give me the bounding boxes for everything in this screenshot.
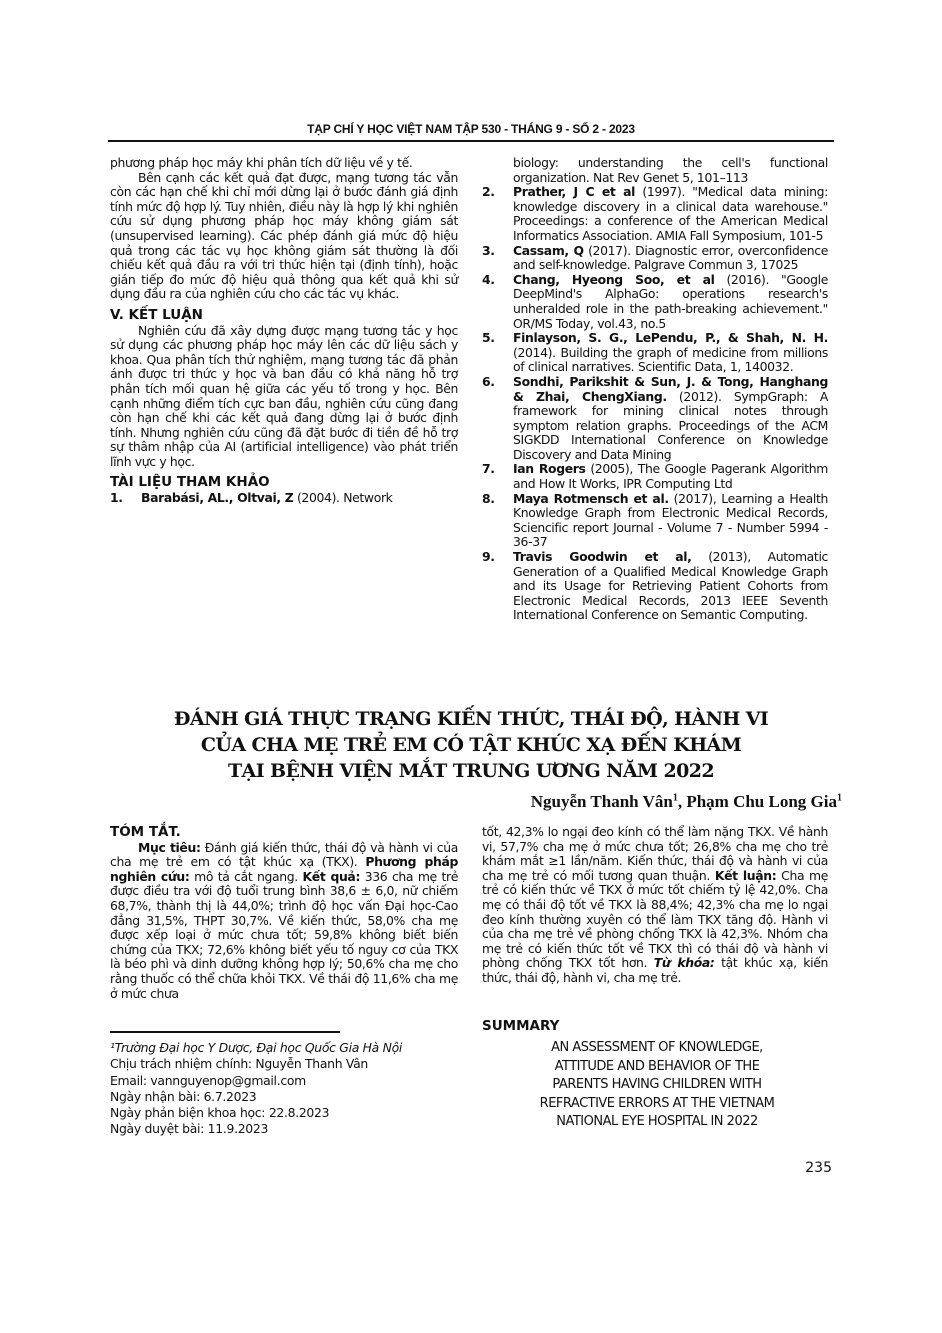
- author-affiliation-mark: 1: [837, 792, 842, 803]
- reference-author: Maya Rotmensch et al.: [513, 491, 669, 506]
- reference-number: 9.: [482, 550, 495, 565]
- reference-list: 2.Prather, J C et al (1997). "Medical da…: [482, 185, 828, 623]
- continuation-text: phương pháp học máy khi phân tích dữ liệ…: [110, 156, 458, 171]
- summary-title-line: REFRACTIVE ERRORS AT THE VIETNAM: [482, 1095, 832, 1114]
- abstract-paragraph: Mục tiêu: Đánh giá kiến thức, thái độ và…: [110, 841, 458, 1002]
- summary-title-line: ATTITUDE AND BEHAVIOR OF THE: [482, 1058, 832, 1077]
- reference-number: 6.: [482, 375, 495, 390]
- reference-item: 9.Travis Goodwin et al, (2013), Automati…: [482, 550, 828, 623]
- reference-number: 1.: [110, 491, 123, 506]
- article-title-line: TẠI BỆNH VIỆN MẮT TRUNG ƯƠNG NĂM 2022: [130, 758, 812, 784]
- reference-item: 4.Chang, Hyeong Soo, et al (2016). "Goog…: [482, 273, 828, 331]
- reference-item: 7.Ian Rogers (2005), The Google Pagerank…: [482, 462, 828, 491]
- header-divider: [108, 140, 834, 142]
- conclusion-heading: V. KẾT LUẬN: [110, 308, 458, 323]
- keywords-label: Từ khóa:: [654, 955, 715, 970]
- email: Email: vannguyenop@gmail.com: [110, 1073, 470, 1089]
- reference-text: (2004). Network: [293, 490, 392, 505]
- reference-item: 5.Finlayson, S. G., LePendu, P., & Shah,…: [482, 331, 828, 375]
- article-title: ĐÁNH GIÁ THỰC TRẠNG KIẾN THỨC, THÁI ĐỘ, …: [130, 706, 812, 784]
- approval-date: Ngày duyệt bài: 11.9.2023: [110, 1121, 470, 1137]
- discussion-paragraph: Bên cạnh các kết quả đạt được, mạng tươn…: [110, 171, 458, 302]
- results-label: Kết quả:: [303, 869, 361, 884]
- abstract-left: TÓM TẮT. Mục tiêu: Đánh giá kiến thức, t…: [110, 825, 458, 1001]
- right-column: biology: understanding the cell's functi…: [482, 156, 828, 623]
- received-date: Ngày nhận bài: 6.7.2023: [110, 1089, 470, 1105]
- reference-item: 6.Sondhi, Parikshit & Sun, J. & Tong, Ha…: [482, 375, 828, 463]
- author-name: Phạm Chu Long Gia: [686, 792, 837, 811]
- footnote: ¹Trường Đại học Y Dược, Đại học Quốc Gia…: [110, 1040, 470, 1138]
- journal-running-header: TẠP CHÍ Y HỌC VIỆT NAM TẬP 530 - THÁNG 9…: [110, 122, 832, 136]
- reference-author: Cassam, Q: [513, 243, 584, 258]
- reference-author: Finlayson, S. G., LePendu, P., & Shah, N…: [513, 330, 828, 345]
- conclusion-label: Kết luận:: [715, 868, 777, 883]
- reference-number: 8.: [482, 492, 495, 507]
- reference-author: Ian Rogers: [513, 461, 586, 476]
- reference-continuation: biology: understanding the cell's functi…: [482, 156, 828, 185]
- summary-title-line: PARENTS HAVING CHILDREN WITH: [482, 1076, 832, 1095]
- article-title-line: CỦA CHA MẸ TRẺ EM CÓ TẬT KHÚC XẠ ĐẾN KHÁ…: [130, 732, 812, 758]
- references-heading: TÀI LIỆU THAM KHẢO: [110, 475, 458, 490]
- abstract-heading: TÓM TẮT.: [110, 825, 458, 840]
- results-text: 336 cha mẹ trẻ được điều tra với độ tuổi…: [110, 869, 458, 1001]
- reference-number: 5.: [482, 331, 495, 346]
- reference-author: Travis Goodwin et al,: [513, 549, 691, 564]
- reference-number: 7.: [482, 462, 495, 477]
- article-title-line: ĐÁNH GIÁ THỰC TRẠNG KIẾN THỨC, THÁI ĐỘ, …: [130, 706, 812, 732]
- reference-number: 3.: [482, 244, 495, 259]
- abstract-right: tốt, 42,3% lo ngại đeo kính có thể làm n…: [482, 825, 828, 986]
- reference-item: 1. Barabási, AL., Oltvai, Z (2004). Netw…: [110, 491, 458, 506]
- journal-page: TẠP CHÍ Y HỌC VIỆT NAM TẬP 530 - THÁNG 9…: [0, 0, 942, 1333]
- summary-title: AN ASSESSMENT OF KNOWLEDGE, ATTITUDE AND…: [482, 1039, 832, 1132]
- conclusion-paragraph: Nghiên cứu đã xây dựng được mạng tương t…: [110, 324, 458, 470]
- reference-author: Prather, J C et al: [513, 184, 635, 199]
- reference-item: 8.Maya Rotmensch et al. (2017), Learning…: [482, 492, 828, 550]
- reference-item: 3.Cassam, Q (2017). Diagnostic error, ov…: [482, 244, 828, 273]
- summary-title-line: NATIONAL EYE HOSPITAL IN 2022: [482, 1113, 832, 1132]
- objective-label: Mục tiêu:: [138, 840, 201, 855]
- left-column: phương pháp học máy khi phân tích dữ liệ…: [110, 156, 458, 506]
- footnote-divider: [110, 1031, 340, 1033]
- reference-number: 4.: [482, 273, 495, 288]
- reference-item: 2.Prather, J C et al (1997). "Medical da…: [482, 185, 828, 243]
- reference-author: Barabási, AL., Oltvai, Z: [141, 490, 293, 505]
- summary-title-line: AN ASSESSMENT OF KNOWLEDGE,: [482, 1039, 832, 1058]
- page-number: 235: [805, 1160, 832, 1176]
- summary-heading: SUMMARY: [482, 1018, 559, 1034]
- reference-number: 2.: [482, 185, 495, 200]
- author-name: Nguyễn Thanh Vân: [531, 792, 673, 811]
- review-date: Ngày phản biện khoa học: 22.8.2023: [110, 1105, 470, 1121]
- responsible-author: Chịu trách nhiệm chính: Nguyễn Thanh Vân: [110, 1056, 470, 1072]
- reference-author: Chang, Hyeong Soo, et al: [513, 272, 715, 287]
- reference-text: (2014). Building the graph of medicine f…: [513, 345, 828, 375]
- abstract-continuation: tốt, 42,3% lo ngại đeo kính có thể làm n…: [482, 825, 828, 986]
- article-authors: Nguyễn Thanh Vân1, Phạm Chu Long Gia1: [531, 792, 842, 812]
- method-text: mô tả cắt ngang.: [189, 869, 302, 884]
- affiliation: ¹Trường Đại học Y Dược, Đại học Quốc Gia…: [110, 1040, 470, 1056]
